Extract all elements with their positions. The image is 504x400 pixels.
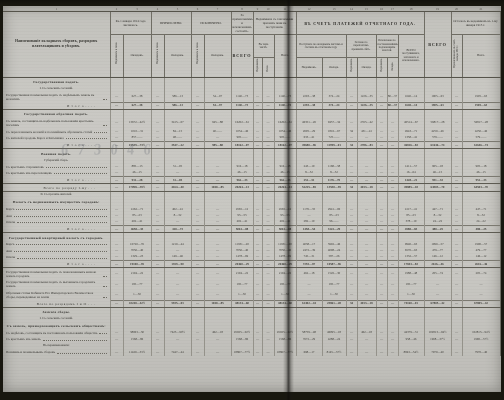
cell-value: 698—17 bbox=[296, 349, 322, 355]
cell-value: — bbox=[376, 118, 387, 129]
cell-value: — bbox=[357, 226, 376, 233]
cell-value bbox=[462, 110, 500, 118]
total-label: Всего по разряду I-му . . . bbox=[3, 184, 110, 191]
cell-value bbox=[376, 191, 387, 198]
cell-value: 7255—87 bbox=[296, 261, 322, 268]
cell-value: 52225—85 bbox=[296, 184, 322, 191]
cell-value: 985—88 bbox=[204, 142, 231, 149]
row-label-text: Ольты bbox=[6, 255, 15, 259]
cell-value: — bbox=[376, 349, 387, 355]
cell-value bbox=[110, 191, 123, 198]
cell-value: 7447—44 bbox=[164, 349, 191, 355]
cell-value: — bbox=[346, 219, 357, 226]
cell-value: 587—26 bbox=[322, 254, 346, 261]
dotted-leader bbox=[16, 209, 106, 210]
cell-value: 1905—63 bbox=[424, 92, 451, 103]
cell-value: — bbox=[253, 102, 262, 109]
cell-value: 1—30 bbox=[398, 290, 424, 301]
cell-value: 1478—69 bbox=[231, 254, 253, 261]
cell-value: — bbox=[262, 226, 274, 233]
cell-value: — bbox=[262, 300, 274, 307]
cell-value: 2194—22 bbox=[274, 268, 296, 279]
cell-value: 46—15 bbox=[424, 170, 451, 177]
cell-value: 1988—48 bbox=[398, 268, 424, 279]
total-label: Всего по разрядамъ I и II . . . bbox=[3, 300, 110, 307]
header-group-za-prichisleniem: За причисленіемъ и исключеніемъ состоитъ… bbox=[231, 12, 253, 35]
cell-value bbox=[376, 110, 387, 118]
table-row: Оброчныя статьи Кабинета Его Императорск… bbox=[3, 290, 500, 301]
cell-value bbox=[191, 322, 204, 330]
cell-value: — bbox=[387, 300, 398, 307]
cell-value: 745—31 bbox=[296, 254, 322, 261]
cell-value bbox=[110, 198, 123, 206]
cell-value bbox=[322, 110, 346, 118]
cell-value bbox=[231, 198, 253, 206]
table-row: II. Съ прочихъ жителей. bbox=[3, 191, 500, 198]
cell-value: — bbox=[376, 184, 387, 191]
cell-value: — bbox=[346, 118, 357, 129]
cell-value: 633—41 bbox=[296, 135, 322, 142]
table-row: Съ крестьянъ изъ переселенцевъ—46—15————… bbox=[3, 170, 500, 177]
cell-value: — bbox=[253, 135, 262, 142]
cell-value bbox=[204, 322, 231, 330]
cell-value: 1140—73 bbox=[274, 102, 296, 109]
cell-value: 205—74 bbox=[462, 268, 500, 279]
cell-value: — bbox=[204, 349, 231, 355]
cell-value: 1478—69 bbox=[274, 254, 296, 261]
cell-value: — bbox=[164, 268, 191, 279]
cell-value: 13672—42½ bbox=[123, 118, 151, 129]
cell-value bbox=[253, 322, 262, 330]
cell-value bbox=[231, 307, 253, 315]
cell-value: 1905—63 bbox=[462, 92, 500, 103]
cell-value: — bbox=[191, 135, 204, 142]
cell-value bbox=[296, 149, 322, 157]
cell-value: — bbox=[462, 279, 500, 290]
cell-value bbox=[296, 307, 322, 315]
cell-value: — bbox=[262, 254, 274, 261]
cell-value: — bbox=[451, 177, 462, 184]
cell-value: 61402—44 bbox=[296, 300, 322, 307]
cell-value: — bbox=[253, 300, 262, 307]
cell-value: 80—37 bbox=[387, 92, 398, 103]
cell-value: 34 bbox=[346, 142, 357, 149]
header-col-vsego-postup: ВСЕГО поступившаго, зачтеннаго и исключе… bbox=[398, 35, 424, 78]
cell-value: — bbox=[387, 254, 398, 261]
cell-value: — bbox=[376, 135, 387, 142]
cell-value: — bbox=[387, 184, 398, 191]
header-sub-postupilo: Поступило по окладнымъ листамъ и счетамъ… bbox=[296, 35, 346, 58]
cell-value: — bbox=[191, 177, 204, 184]
cell-value: 962—33 bbox=[274, 177, 296, 184]
cell-value: — bbox=[346, 254, 357, 261]
cell-value: — bbox=[451, 261, 462, 268]
cell-value bbox=[231, 149, 253, 157]
cell-value: — bbox=[204, 279, 231, 290]
cell-value: 10587—96 bbox=[322, 261, 346, 268]
cell-value bbox=[376, 322, 387, 330]
cell-value: — bbox=[191, 219, 204, 226]
cell-value: — bbox=[451, 184, 462, 191]
table-row: Государственная оброчная подать. bbox=[3, 110, 500, 118]
cell-value: — bbox=[451, 300, 462, 307]
cell-value: — bbox=[387, 268, 398, 279]
total-label: И т о г о . . . . bbox=[3, 177, 110, 184]
cell-value: 905—— bbox=[231, 135, 253, 142]
header-col-oklada: Оклада. bbox=[357, 58, 376, 78]
cell-value bbox=[424, 198, 451, 206]
row-label: Государственная поземельная подать съ вы… bbox=[3, 279, 110, 290]
table-row: И т о г о . . . .—627—38—586—13—54—97114… bbox=[3, 102, 500, 109]
cell-value bbox=[110, 233, 123, 241]
cell-value bbox=[151, 110, 164, 118]
cell-value: — bbox=[110, 300, 123, 307]
cell-value bbox=[274, 149, 296, 157]
row-label-text: Съ переселенныхъ колоній и посемейныхъ о… bbox=[6, 130, 92, 134]
cell-value: — bbox=[253, 184, 262, 191]
cell-value bbox=[262, 307, 274, 315]
cell-value: — bbox=[376, 92, 387, 103]
cell-value: 34 bbox=[346, 300, 357, 307]
cell-value: — bbox=[110, 102, 123, 109]
cell-value bbox=[123, 191, 151, 198]
paper-sheet: 123456789101112131415161718192021 Наимен… bbox=[3, 6, 501, 392]
cell-value: — bbox=[191, 142, 204, 149]
cell-value: 195—77 bbox=[231, 279, 253, 290]
cell-value bbox=[387, 149, 398, 157]
total-label: И т о г о . . . . bbox=[3, 142, 110, 149]
cell-value: — bbox=[451, 118, 462, 129]
cell-value: — bbox=[204, 268, 231, 279]
cell-value bbox=[151, 149, 164, 157]
cell-value bbox=[191, 149, 204, 157]
cell-value bbox=[253, 198, 262, 206]
table-body: Государственная подать.I. Съ сельскихъ с… bbox=[3, 77, 500, 356]
cell-value: 74160—01 bbox=[398, 300, 424, 307]
cell-value: 48—— bbox=[164, 135, 191, 142]
cell-value: 195—77 bbox=[123, 279, 151, 290]
cell-value: 34 bbox=[346, 184, 357, 191]
cell-value: — bbox=[204, 290, 231, 301]
cell-value: — bbox=[151, 118, 164, 129]
cell-value: — bbox=[191, 118, 204, 129]
cell-value: — bbox=[110, 279, 123, 290]
table-row: Всего по разрядамъ I и II . . .—43240—42… bbox=[3, 300, 500, 307]
cell-value bbox=[296, 110, 322, 118]
cell-value: 46—15 bbox=[462, 170, 500, 177]
cell-value: — bbox=[253, 92, 262, 103]
cell-value bbox=[387, 77, 398, 85]
cell-value: — bbox=[253, 142, 262, 149]
cell-value: — bbox=[253, 290, 262, 301]
cell-value: — bbox=[346, 135, 357, 142]
cell-value: 5061—08 bbox=[274, 226, 296, 233]
cell-value: — bbox=[346, 290, 357, 301]
dotted-leader bbox=[94, 132, 106, 133]
cell-value bbox=[357, 77, 376, 85]
cell-value: — bbox=[262, 261, 274, 268]
cell-value bbox=[376, 233, 387, 241]
cell-value bbox=[357, 191, 376, 198]
table-row: Военная подать. bbox=[3, 149, 500, 157]
cell-value bbox=[253, 77, 262, 85]
vertical-label: Недоимокъ и пени. bbox=[115, 42, 118, 64]
header-col-peni: Пени. bbox=[262, 58, 274, 78]
dotted-leader bbox=[103, 297, 107, 298]
cell-value bbox=[123, 233, 151, 241]
header-col-oklada: Оклада. bbox=[322, 58, 346, 78]
header-col-nedoimok: Недоимокъ. bbox=[253, 58, 262, 78]
cell-value bbox=[123, 322, 151, 330]
cell-value: — bbox=[357, 170, 376, 177]
cell-value: 7970—40 bbox=[424, 349, 451, 355]
cell-value bbox=[346, 191, 357, 198]
header-col-okladov: Окладовъ. bbox=[123, 35, 151, 78]
cell-value: 80—37 bbox=[387, 102, 398, 109]
cell-value bbox=[398, 149, 424, 157]
cell-value: — bbox=[110, 135, 123, 142]
cell-value bbox=[398, 110, 424, 118]
header-col-nedoimok-peni: Недоимокъ и пени. bbox=[110, 35, 123, 78]
header-col-prichisl-1915: Причисленныхъ въ счетъ оклада 1915 г. bbox=[451, 35, 462, 78]
cell-value: — bbox=[151, 135, 164, 142]
table-row: И т о г о . . . .—19100—39—1359—90——2046… bbox=[3, 261, 500, 268]
cell-value bbox=[322, 191, 346, 198]
cell-value: — bbox=[262, 279, 274, 290]
dotted-leader bbox=[16, 244, 106, 245]
cell-value: 54—97 bbox=[204, 102, 231, 109]
cell-value bbox=[357, 233, 376, 241]
cell-value: — bbox=[262, 184, 274, 191]
cell-value: 56817—28 bbox=[462, 118, 500, 129]
cell-value: 1—30 bbox=[274, 290, 296, 301]
cell-value bbox=[296, 77, 322, 85]
dotted-leader bbox=[54, 173, 107, 174]
cell-value: — bbox=[451, 279, 462, 290]
cell-value bbox=[322, 77, 346, 85]
cell-value: — bbox=[357, 254, 376, 261]
ledger-header: 123456789101112131415161718192021 Наимен… bbox=[3, 6, 500, 77]
cell-value: — bbox=[462, 290, 500, 301]
cell-value: — bbox=[387, 118, 398, 129]
cell-value: — bbox=[191, 184, 204, 191]
cell-value: — bbox=[387, 170, 398, 177]
cell-value: 54—97 bbox=[204, 92, 231, 103]
cell-value bbox=[204, 149, 231, 157]
cell-value bbox=[357, 198, 376, 206]
section-label: Налогъ съ недвижимыхъ имуществъ городовъ… bbox=[3, 198, 110, 206]
cell-value: — bbox=[110, 184, 123, 191]
cell-value bbox=[296, 191, 322, 198]
cell-value bbox=[424, 233, 451, 241]
scanned-ledger-page: 123456789101112131415161718192021 Наимен… bbox=[0, 0, 504, 400]
cell-value: 18162—07 bbox=[231, 142, 253, 149]
dotted-leader bbox=[103, 276, 107, 277]
cell-value: — bbox=[346, 102, 357, 109]
cell-value bbox=[110, 149, 123, 157]
cell-value: 5935—03 bbox=[164, 300, 191, 307]
cell-value: 3547—22 bbox=[164, 142, 191, 149]
cell-value: — bbox=[451, 170, 462, 177]
cell-value: 374—24 bbox=[322, 92, 346, 103]
cell-value: 18867—77½ bbox=[274, 349, 296, 355]
cell-value: 61646—74 bbox=[462, 142, 500, 149]
header-col-nedoimok: Недоимокъ. bbox=[346, 58, 357, 78]
cell-value: 4013—18 bbox=[357, 184, 376, 191]
cell-value bbox=[376, 149, 387, 157]
cell-value: — bbox=[110, 268, 123, 279]
cell-value: — bbox=[110, 349, 123, 355]
cell-value bbox=[191, 307, 204, 315]
dotted-leader bbox=[14, 251, 107, 252]
row-label-text: Ани bbox=[6, 249, 12, 253]
table-row: Ольты—402—41————402—41——402—41282—1996——… bbox=[3, 219, 500, 226]
vertical-label: Недоимокъ. bbox=[350, 58, 353, 72]
header-group-prichisleno: ПРИЧИСЛЕНО. bbox=[151, 12, 191, 35]
cell-value bbox=[253, 191, 262, 198]
cell-value: — bbox=[346, 349, 357, 355]
cell-value bbox=[164, 307, 191, 315]
cell-value: 24—22 bbox=[462, 219, 500, 226]
cell-value: 48134—60 bbox=[274, 300, 296, 307]
cell-value: 8843—54½ bbox=[398, 349, 424, 355]
dotted-leader bbox=[103, 99, 107, 100]
cell-value bbox=[462, 198, 500, 206]
cell-value: — bbox=[387, 135, 398, 142]
cell-value: — bbox=[151, 349, 164, 355]
cell-value: — bbox=[376, 268, 387, 279]
cell-value: — bbox=[357, 349, 376, 355]
table-row: Государственная поземельная подать съ по… bbox=[3, 268, 500, 279]
row-label-text: Ани bbox=[6, 214, 12, 218]
row-label-text: Карсъ bbox=[6, 207, 14, 211]
cell-value: 579—— bbox=[462, 135, 500, 142]
header-groups-row: Наименованіе окладныхъ сборовъ, разрядов… bbox=[3, 12, 500, 35]
cell-value: — bbox=[253, 261, 262, 268]
cell-value bbox=[151, 233, 164, 241]
cell-value: — bbox=[387, 279, 398, 290]
cell-value: 4013—18 bbox=[357, 300, 376, 307]
row-label: Государственная поземельная подать съ по… bbox=[3, 268, 110, 279]
cell-value: 20264—13 bbox=[231, 184, 253, 191]
cell-value: — bbox=[110, 177, 123, 184]
cell-value bbox=[151, 191, 164, 198]
row-label: Съ земель, состоящихъ въ надѣльномъ поль… bbox=[3, 118, 110, 129]
cell-value: — bbox=[151, 170, 164, 177]
cell-value: — bbox=[191, 102, 204, 109]
cell-value: 378—19 bbox=[398, 219, 424, 226]
cell-value: — bbox=[262, 177, 274, 184]
cell-value: 8—32 bbox=[322, 170, 346, 177]
cell-value bbox=[262, 77, 274, 85]
cell-value: 931—28 bbox=[123, 177, 151, 184]
cell-value bbox=[398, 233, 424, 241]
cell-value: — bbox=[387, 261, 398, 268]
cell-value bbox=[204, 307, 231, 315]
ledger-table: 123456789101112131415161718192021 Наимен… bbox=[3, 6, 501, 356]
total-label: И т о г о . . . . bbox=[3, 261, 110, 268]
cell-value: 1905—63 bbox=[462, 102, 500, 109]
cell-value: — bbox=[110, 92, 123, 103]
cell-value: — bbox=[151, 102, 164, 109]
cell-value bbox=[110, 77, 123, 85]
cell-value bbox=[123, 198, 151, 206]
cell-value: — bbox=[357, 177, 376, 184]
cell-value bbox=[398, 322, 424, 330]
cell-value: 8—32 bbox=[296, 170, 322, 177]
cell-value bbox=[462, 77, 500, 85]
table-row: Пошлинъ и поземельныхъ сборовъ—11420—33½… bbox=[3, 349, 500, 355]
section-label: Земскіе сборы. bbox=[3, 307, 110, 315]
cell-value bbox=[424, 191, 451, 198]
cell-value: 195—77 bbox=[274, 279, 296, 290]
cell-value bbox=[191, 191, 204, 198]
cell-value bbox=[164, 198, 191, 206]
cell-value bbox=[322, 198, 346, 206]
row-label: Оброчныя статьи Кабинета Его Императорск… bbox=[3, 290, 110, 301]
cell-value: 1226—35 bbox=[357, 92, 376, 103]
cell-value: 2616—46 bbox=[462, 261, 500, 268]
row-label-text: Ольты bbox=[6, 220, 15, 224]
cell-value bbox=[398, 191, 424, 198]
cell-value: — bbox=[376, 254, 387, 261]
cell-value: 2194—22 bbox=[231, 268, 253, 279]
cell-value: 19100—39 bbox=[123, 261, 151, 268]
cell-value bbox=[164, 110, 191, 118]
cell-value: 725—— bbox=[322, 135, 346, 142]
cell-value: — bbox=[387, 226, 398, 233]
cell-value: — bbox=[191, 279, 204, 290]
table-row: Государственная поземельная подать съ вы… bbox=[3, 279, 500, 290]
cell-value bbox=[274, 322, 296, 330]
cell-value: 945—88 bbox=[204, 118, 231, 129]
cell-value: — bbox=[253, 118, 262, 129]
cell-value: 1526—30 bbox=[322, 268, 346, 279]
cell-value: 15539—73½ bbox=[123, 142, 151, 149]
cell-value: — bbox=[357, 261, 376, 268]
cell-value: 374—24 bbox=[322, 102, 346, 109]
cell-value bbox=[357, 307, 376, 315]
cell-value: 402—41 bbox=[231, 219, 253, 226]
cell-value: — bbox=[191, 349, 204, 355]
vertical-label: Причисленныхъ въ счетъ оклада 1915 г. bbox=[453, 38, 459, 69]
cell-value: 146—12 bbox=[462, 254, 500, 261]
cell-value: — bbox=[151, 279, 164, 290]
cell-value: — bbox=[346, 92, 357, 103]
cell-value: — bbox=[204, 135, 231, 142]
cell-value: 857—— bbox=[123, 135, 151, 142]
cell-value: 43240—42½ bbox=[123, 300, 151, 307]
cell-value: 480—25 bbox=[424, 226, 451, 233]
dotted-leader bbox=[57, 353, 106, 354]
header-sub-iskl-post: Исключено по постановленіямъ подлежащихъ… bbox=[376, 35, 398, 58]
cell-value: 4164—40 bbox=[164, 184, 191, 191]
cell-value: — bbox=[357, 219, 376, 226]
cell-value bbox=[462, 322, 500, 330]
cell-value: — bbox=[357, 290, 376, 301]
dotted-leader bbox=[103, 125, 107, 126]
cell-value bbox=[424, 149, 451, 157]
cell-value bbox=[191, 77, 204, 85]
cell-value: — bbox=[451, 135, 462, 142]
cell-value: 49680—96 bbox=[296, 142, 322, 149]
cell-value: 4650—35 bbox=[123, 226, 151, 233]
cell-value: — bbox=[110, 142, 123, 149]
cell-value: 1—30 bbox=[231, 290, 253, 301]
cell-value bbox=[346, 110, 357, 118]
cell-value bbox=[398, 77, 424, 85]
cell-value: — bbox=[262, 290, 274, 301]
